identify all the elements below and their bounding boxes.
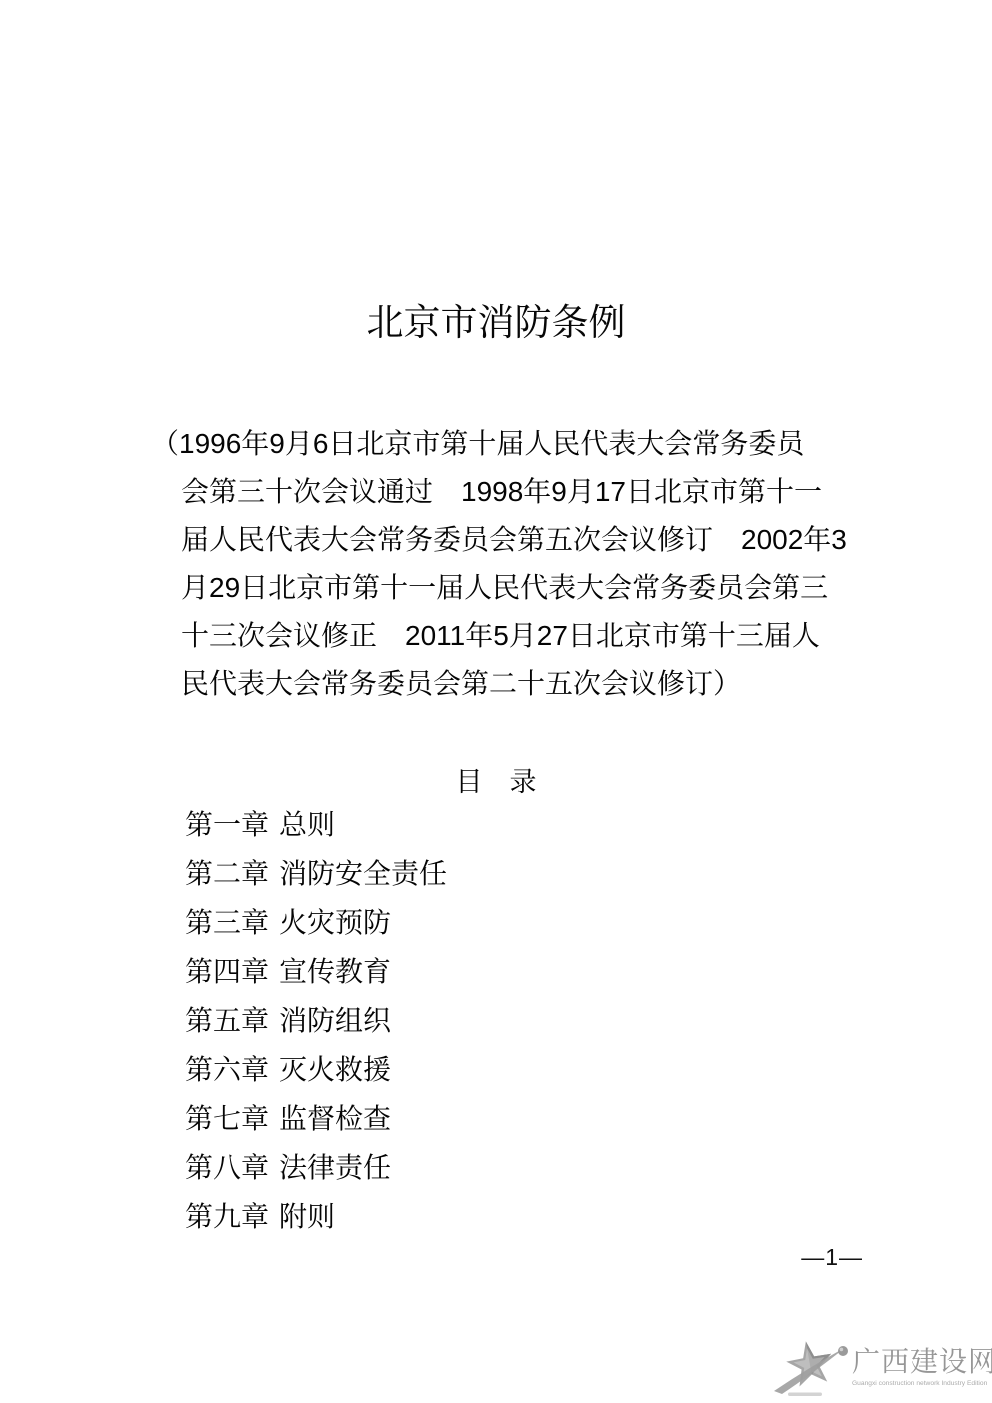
preamble-paragraph: （1996年9月6日北京市第十届人民代表大会常务委员 会第三十次会议通过 199… xyxy=(181,420,881,708)
watermark-brand: 广西建设网 xyxy=(852,1348,992,1378)
toc-item: 第七章监督检查 xyxy=(185,1094,447,1143)
star-swoosh-icon xyxy=(772,1338,850,1400)
preamble-line: 会第三十次会议通过 1998年9月17日北京市第十一 xyxy=(181,468,881,516)
toc-item: 第一章总则 xyxy=(185,800,447,849)
toc-item: 第五章消防组织 xyxy=(185,996,447,1045)
table-of-contents: 第一章总则 第二章消防安全责任 第三章火灾预防 第四章宣传教育 第五章消防组织 … xyxy=(185,800,447,1241)
toc-chapter-label: 第九章 xyxy=(185,1201,269,1232)
toc-chapter-title: 法律责任 xyxy=(279,1152,391,1183)
toc-chapter-title: 火灾预防 xyxy=(279,907,391,938)
toc-chapter-label: 第一章 xyxy=(185,809,269,840)
preamble-line: 届人民代表大会常务委员会第五次会议修订 2002年3 xyxy=(181,516,881,564)
toc-chapter-title: 消防安全责任 xyxy=(279,858,447,889)
toc-chapter-label: 第五章 xyxy=(185,1005,269,1036)
document-title: 北京市消防条例 xyxy=(0,292,992,346)
toc-item: 第四章宣传教育 xyxy=(185,947,447,996)
preamble-line: 十三次会议修正 2011年5月27日北京市第十三届人 xyxy=(181,612,881,660)
toc-item: 第九章附则 xyxy=(185,1192,447,1241)
toc-chapter-title: 附则 xyxy=(279,1201,335,1232)
watermark: 广西建设网 Guangxi construction network Indus… xyxy=(772,1338,992,1400)
watermark-text: 广西建设网 Guangxi construction network Indus… xyxy=(852,1348,992,1388)
watermark-subtitle: Guangxi construction network Industry Ed… xyxy=(852,1380,992,1388)
toc-heading: 目 录 xyxy=(0,760,992,799)
toc-chapter-title: 灭火救援 xyxy=(279,1054,391,1085)
toc-chapter-title: 消防组织 xyxy=(279,1005,391,1036)
toc-item: 第二章消防安全责任 xyxy=(185,849,447,898)
toc-chapter-label: 第六章 xyxy=(185,1054,269,1085)
preamble-line: （1996年9月6日北京市第十届人民代表大会常务委员 xyxy=(151,420,881,468)
toc-item: 第三章火灾预防 xyxy=(185,898,447,947)
toc-chapter-title: 总则 xyxy=(279,809,335,840)
toc-chapter-label: 第八章 xyxy=(185,1152,269,1183)
toc-chapter-title: 宣传教育 xyxy=(279,956,391,987)
page-number: —1— xyxy=(801,1244,863,1271)
toc-chapter-label: 第四章 xyxy=(185,956,269,987)
toc-item: 第八章法律责任 xyxy=(185,1143,447,1192)
document-page: 北京市消防条例 （1996年9月6日北京市第十届人民代表大会常务委员 会第三十次… xyxy=(0,0,992,1403)
toc-chapter-label: 第二章 xyxy=(185,858,269,889)
preamble-line: 月29日北京市第十一届人民代表大会常务委员会第三 xyxy=(181,564,881,612)
toc-chapter-title: 监督检查 xyxy=(279,1103,391,1134)
toc-item: 第六章灭火救援 xyxy=(185,1045,447,1094)
toc-chapter-label: 第三章 xyxy=(185,907,269,938)
preamble-line: 民代表大会常务委员会第二十五次会议修订） xyxy=(181,660,881,708)
toc-chapter-label: 第七章 xyxy=(185,1103,269,1134)
